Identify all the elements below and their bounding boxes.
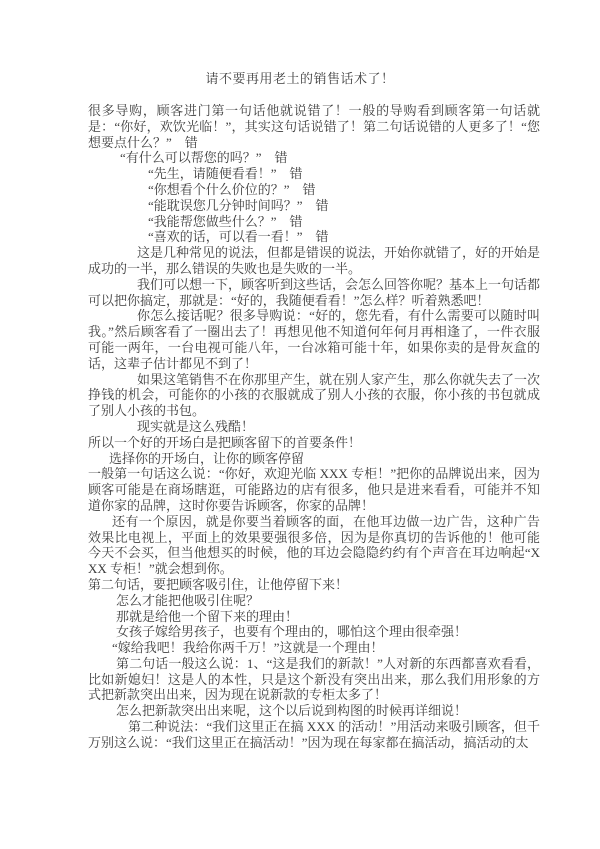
paragraph-marriage-analogy: 女孩子嫁给男孩子，也要有个理由的，哪怕这个理由很牵强！ <box>88 624 540 640</box>
paragraph-another-reason: 还有一个原因，就是你要当着顾客的面，在他耳边做一边广告，这种广告效果比电视上，平… <box>88 514 540 577</box>
paragraph-good-opening: 所以一个好的开场白是把顾客留下的首要条件！ <box>88 435 540 451</box>
document-page: 请不要再用老土的销售话术了！ 很多导购，顾客进门第一句话他就说错了！一般的导购看… <box>0 0 600 849</box>
document-title: 请不要再用老土的销售话术了！ <box>0 71 600 87</box>
paragraph-second-sentence: 第二句话，要把顾客吸引住，让他停留下来！ <box>88 577 540 593</box>
paragraph-first-sentence: 一般第一句话这么说：“你好，欢迎光临 XXX 专柜！”把你的品牌说出来，因为顾客… <box>88 466 540 513</box>
paragraph-wrong-line-5: “我能帮您做些什么？” 错 <box>88 214 540 230</box>
paragraph-reality: 现实就是这么残酷！ <box>88 419 540 435</box>
paragraph-give-reason: 那就是给他一个留下来的理由！ <box>88 609 540 625</box>
paragraph-wrong-line-3: “你想看个什么价位的？” 错 <box>88 182 540 198</box>
paragraph-intro: 很多导购，顾客进门第一句话他就说错了！一般的导购看到顾客第一句话就是：“你好，欢… <box>88 103 540 150</box>
paragraph-common-sayings: 这是几种常见的说法，但都是错误的说法，开始你就错了，好的开始是成功的一半，那么错… <box>88 245 540 277</box>
paragraph-followup: 你怎么接话呢？很多导购说：“好的，您先看，有什么需要可以随时叫我。”然后顾客看了… <box>88 308 540 371</box>
paragraph-wrong-line-6: “喜欢的话，可以看一看！” 错 <box>88 229 540 245</box>
paragraph-highlight-new: 怎么把新款突出出来呢，这个以后说到构图的时候再详细说！ <box>88 703 540 719</box>
paragraph-choose-opening: 选择你的开场白，让你的顾客停留 <box>88 451 540 467</box>
paragraph-marriage-example: “嫁给我吧！我给你两千万！”这就是一个理由！ <box>88 640 540 656</box>
paragraph-wrong-line-1: “有什么可以帮您的吗？” 错 <box>88 150 540 166</box>
paragraph-new-arrival: 第二句话一般这么说：1、“这是我们的新款！”人对新的东西都喜欢看看，比如新媳妇！… <box>88 656 540 703</box>
paragraph-customer-reply: 我们可以想一下，顾客听到这些话，会怎么回答你呢？基本上一句话都可以把你搞定，那就… <box>88 277 540 309</box>
paragraph-lost-sale: 如果这笔销售不在你那里产生，就在别人家产生，那么你就失去了一次挣钱的机会，可能你… <box>88 372 540 419</box>
paragraph-wrong-line-2: “先生，请随便看看！” 错 <box>88 166 540 182</box>
paragraph-promotion: 第二种说法：“我们这里正在搞 XXX 的活动！”用活动来吸引顾客，但千万别这么说… <box>88 719 540 751</box>
paragraph-wrong-line-4: “能耽误您几分钟时间吗？” 错 <box>88 198 540 214</box>
paragraph-how-attract: 怎么才能把他吸引住呢？ <box>88 593 540 609</box>
